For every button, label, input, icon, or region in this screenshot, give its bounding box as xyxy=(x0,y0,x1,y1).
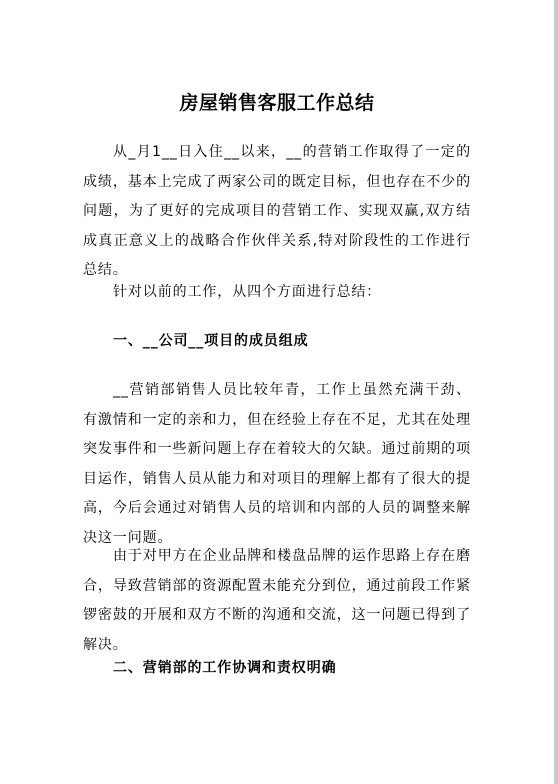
section-heading-1: 一、__公司__项目的成员组成 xyxy=(113,327,309,357)
page-edge-scrollbar xyxy=(554,0,558,784)
paragraph-resources: 由于对甲方在企业品牌和楼盘品牌的运作思路上存在磨合，导致营销部的资源配置未能充分… xyxy=(83,542,471,660)
document-title: 房屋销售客服工作总结 xyxy=(83,88,471,115)
paragraph-intro: 从_月1__日入住__以来，__的营销工作取得了一定的成绩，基本上完成了两家公司… xyxy=(83,138,471,286)
section-heading-2: 二、营销部的工作协调和责权明确 xyxy=(113,654,337,684)
paragraph-overview: 针对以前的工作，从四个方面进行总结： xyxy=(83,278,471,308)
paragraph-team: __营销部销售人员比较年青，工作上虽然充满干劲、有激情和一定的亲和力，但在经验上… xyxy=(83,376,471,553)
